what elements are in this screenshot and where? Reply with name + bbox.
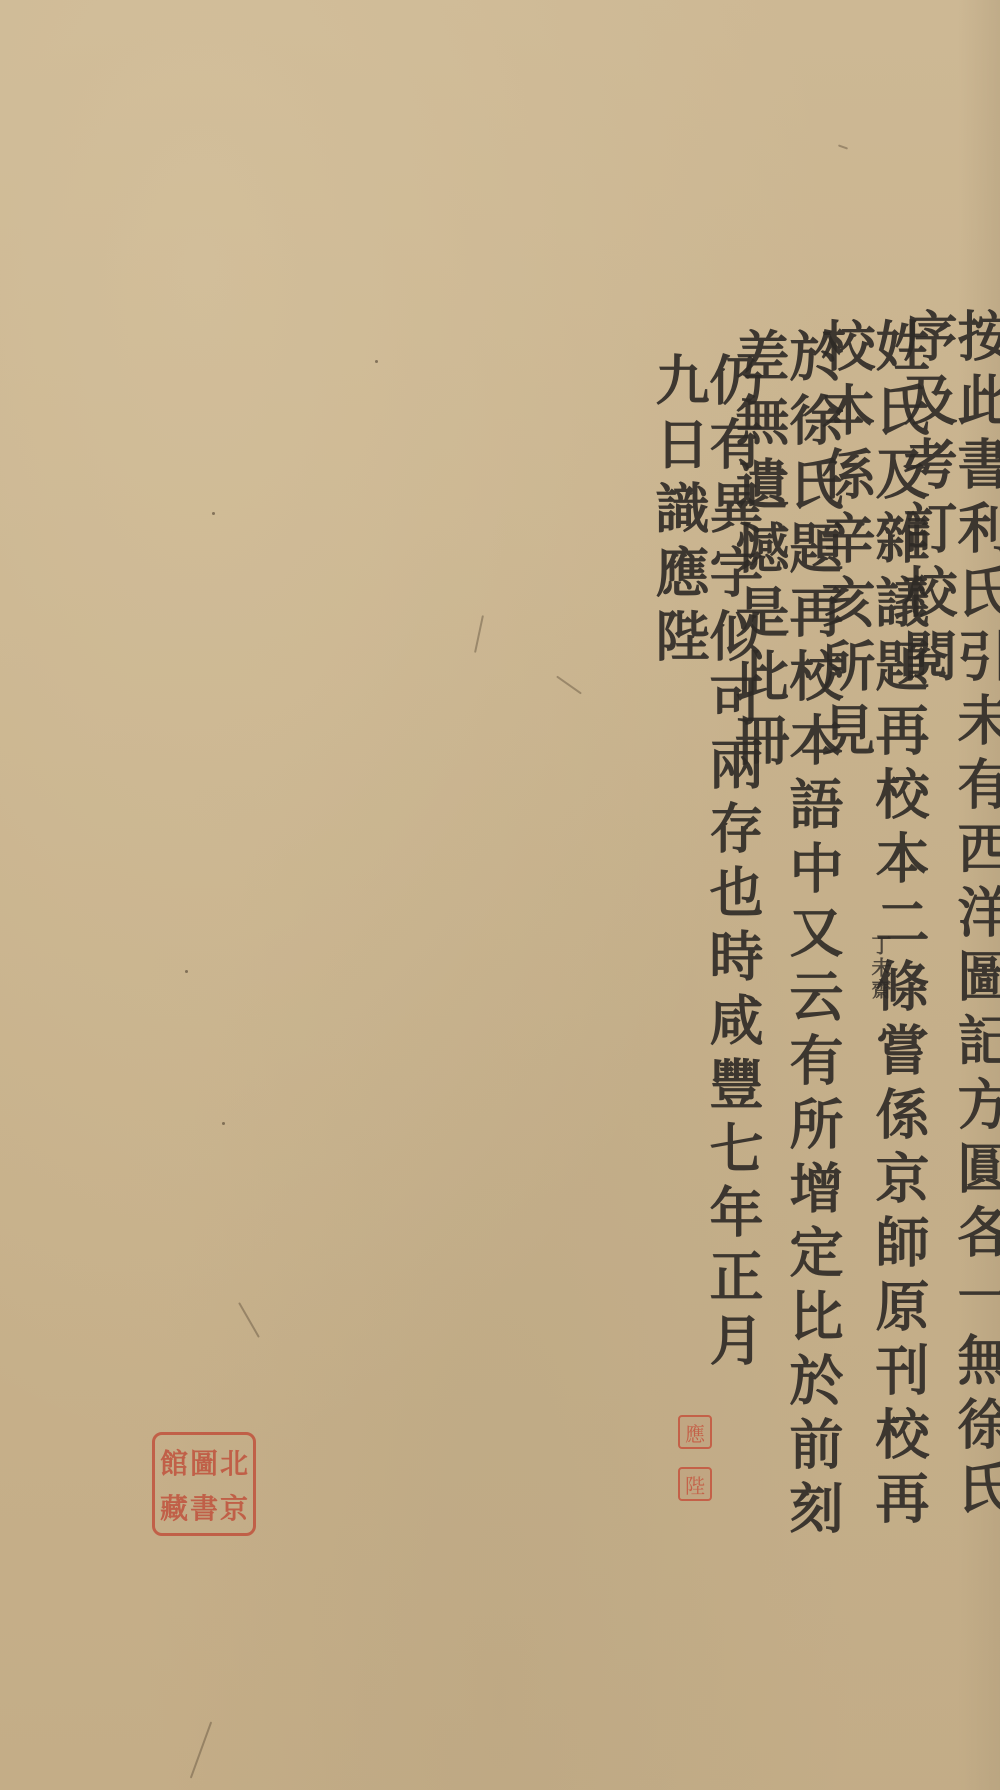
artist-seal-top-char: 應: [685, 1418, 705, 1447]
paper-speck: [185, 970, 188, 973]
seal-char: 藏: [159, 1484, 189, 1529]
column-4-text: 仍有異字似可兩存也時咸豐七年正月九日識應陛: [647, 352, 765, 1376]
seal-char: 北: [219, 1439, 249, 1484]
paper-speck: [212, 512, 215, 515]
artist-seal-bottom: 陛: [678, 1467, 712, 1501]
seal-char: 館: [159, 1439, 189, 1484]
artist-seal-top: 應: [678, 1415, 712, 1449]
artist-seal-bottom-char: 陛: [685, 1470, 705, 1499]
paper-speck: [375, 360, 378, 363]
text-column-4: 仍有異字似可兩存也時咸豐七年正月九日識應陛: [652, 352, 760, 1402]
library-collection-seal: 北 京 圖 書 館 藏: [152, 1432, 256, 1536]
paper-speck: [222, 1122, 225, 1125]
seal-char: 書: [189, 1484, 219, 1529]
seal-char: 圖: [189, 1439, 219, 1484]
seal-char: 京: [219, 1484, 249, 1529]
